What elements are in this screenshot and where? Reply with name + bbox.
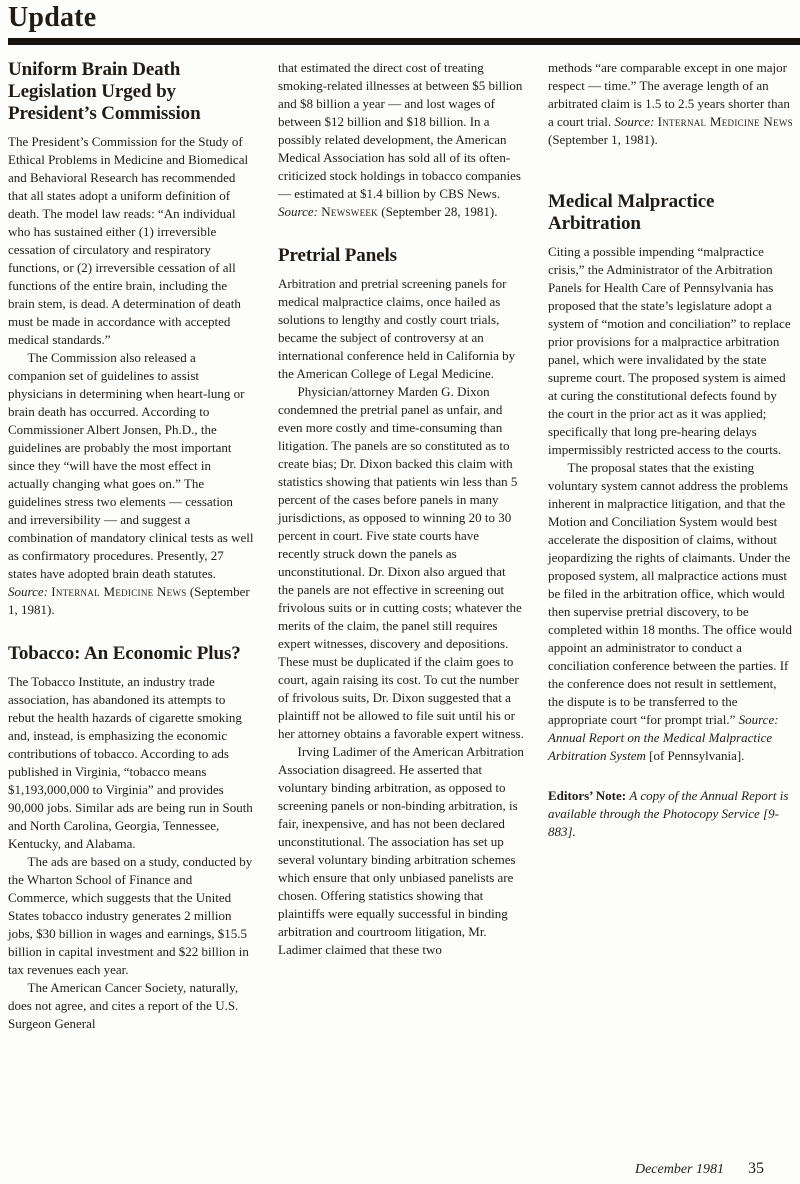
source-name: Internal Medicine News: [51, 584, 186, 599]
page-footer: December 1981 35: [635, 1160, 764, 1178]
source-name: Internal Medicine News: [658, 114, 793, 129]
source-label: Source:: [8, 584, 51, 599]
masthead: Update: [0, 0, 800, 45]
source-label: Source:: [614, 114, 657, 129]
column-3: methods “are comparable except in one ma…: [548, 59, 794, 1033]
column-2: that estimated the direct cost of treati…: [278, 59, 524, 1033]
paragraph-pretrial-3-start: Irving Ladimer of the American Arbitrati…: [278, 743, 524, 959]
source-name: Newsweek: [321, 204, 378, 219]
source-tail: [of Pennsylvania].: [646, 748, 745, 763]
paragraph-brain-death-1: The President’s Commission for the Study…: [8, 133, 254, 349]
footer-page-number: 35: [748, 1160, 764, 1177]
article-heading-brain-death: Uniform Brain Death Legislation Urged by…: [8, 59, 254, 125]
column-1: Uniform Brain Death Legislation Urged by…: [8, 59, 254, 1033]
masthead-title: Update: [8, 2, 800, 34]
paragraph-pretrial-1: Arbitration and pretrial screening panel…: [278, 275, 524, 383]
source-date: (September 28, 1981).: [378, 204, 498, 219]
paragraph-tobacco-2: The ads are based on a study, conducted …: [8, 853, 254, 979]
paragraph-text: The Commission also released a companion…: [8, 350, 254, 581]
editors-note-label: Editors’ Note:: [548, 788, 629, 803]
article-heading-tobacco: Tobacco: An Economic Plus?: [8, 643, 254, 665]
source-label: Source:: [278, 204, 321, 219]
article-heading-pretrial-panels: Pretrial Panels: [278, 245, 524, 267]
footer-issue-date: December 1981: [635, 1162, 724, 1177]
paragraph-tobacco-3-start: The American Cancer Society, naturally, …: [8, 979, 254, 1033]
paragraph-tobacco-1: The Tobacco Institute, an industry trade…: [8, 673, 254, 853]
paragraph-text: that estimated the direct cost of treati…: [278, 60, 522, 201]
masthead-rule: [8, 38, 800, 45]
editors-note: Editors’ Note: A copy of the Annual Repo…: [548, 787, 794, 841]
paragraph-pretrial-3-end: methods “are comparable except in one ma…: [548, 59, 794, 149]
source-date: (September 1, 1981).: [548, 132, 658, 147]
paragraph-pretrial-2: Physician/attorney Marden G. Dixon conde…: [278, 383, 524, 743]
paragraph-malpractice-1: Citing a possible impending “malpractice…: [548, 243, 794, 459]
magazine-page: Update Uniform Brain Death Legislation U…: [0, 0, 800, 1184]
paragraph-text: The proposal states that the existing vo…: [548, 460, 792, 727]
article-heading-malpractice-arbitration: Medical Malpractice Arbitration: [548, 191, 794, 235]
paragraph-malpractice-2: The proposal states that the existing vo…: [548, 459, 794, 765]
article-columns: Uniform Brain Death Legislation Urged by…: [0, 45, 800, 1033]
paragraph-tobacco-3-end: that estimated the direct cost of treati…: [278, 59, 524, 221]
paragraph-brain-death-2: The Commission also released a companion…: [8, 349, 254, 619]
source-label: Source:: [739, 712, 779, 727]
